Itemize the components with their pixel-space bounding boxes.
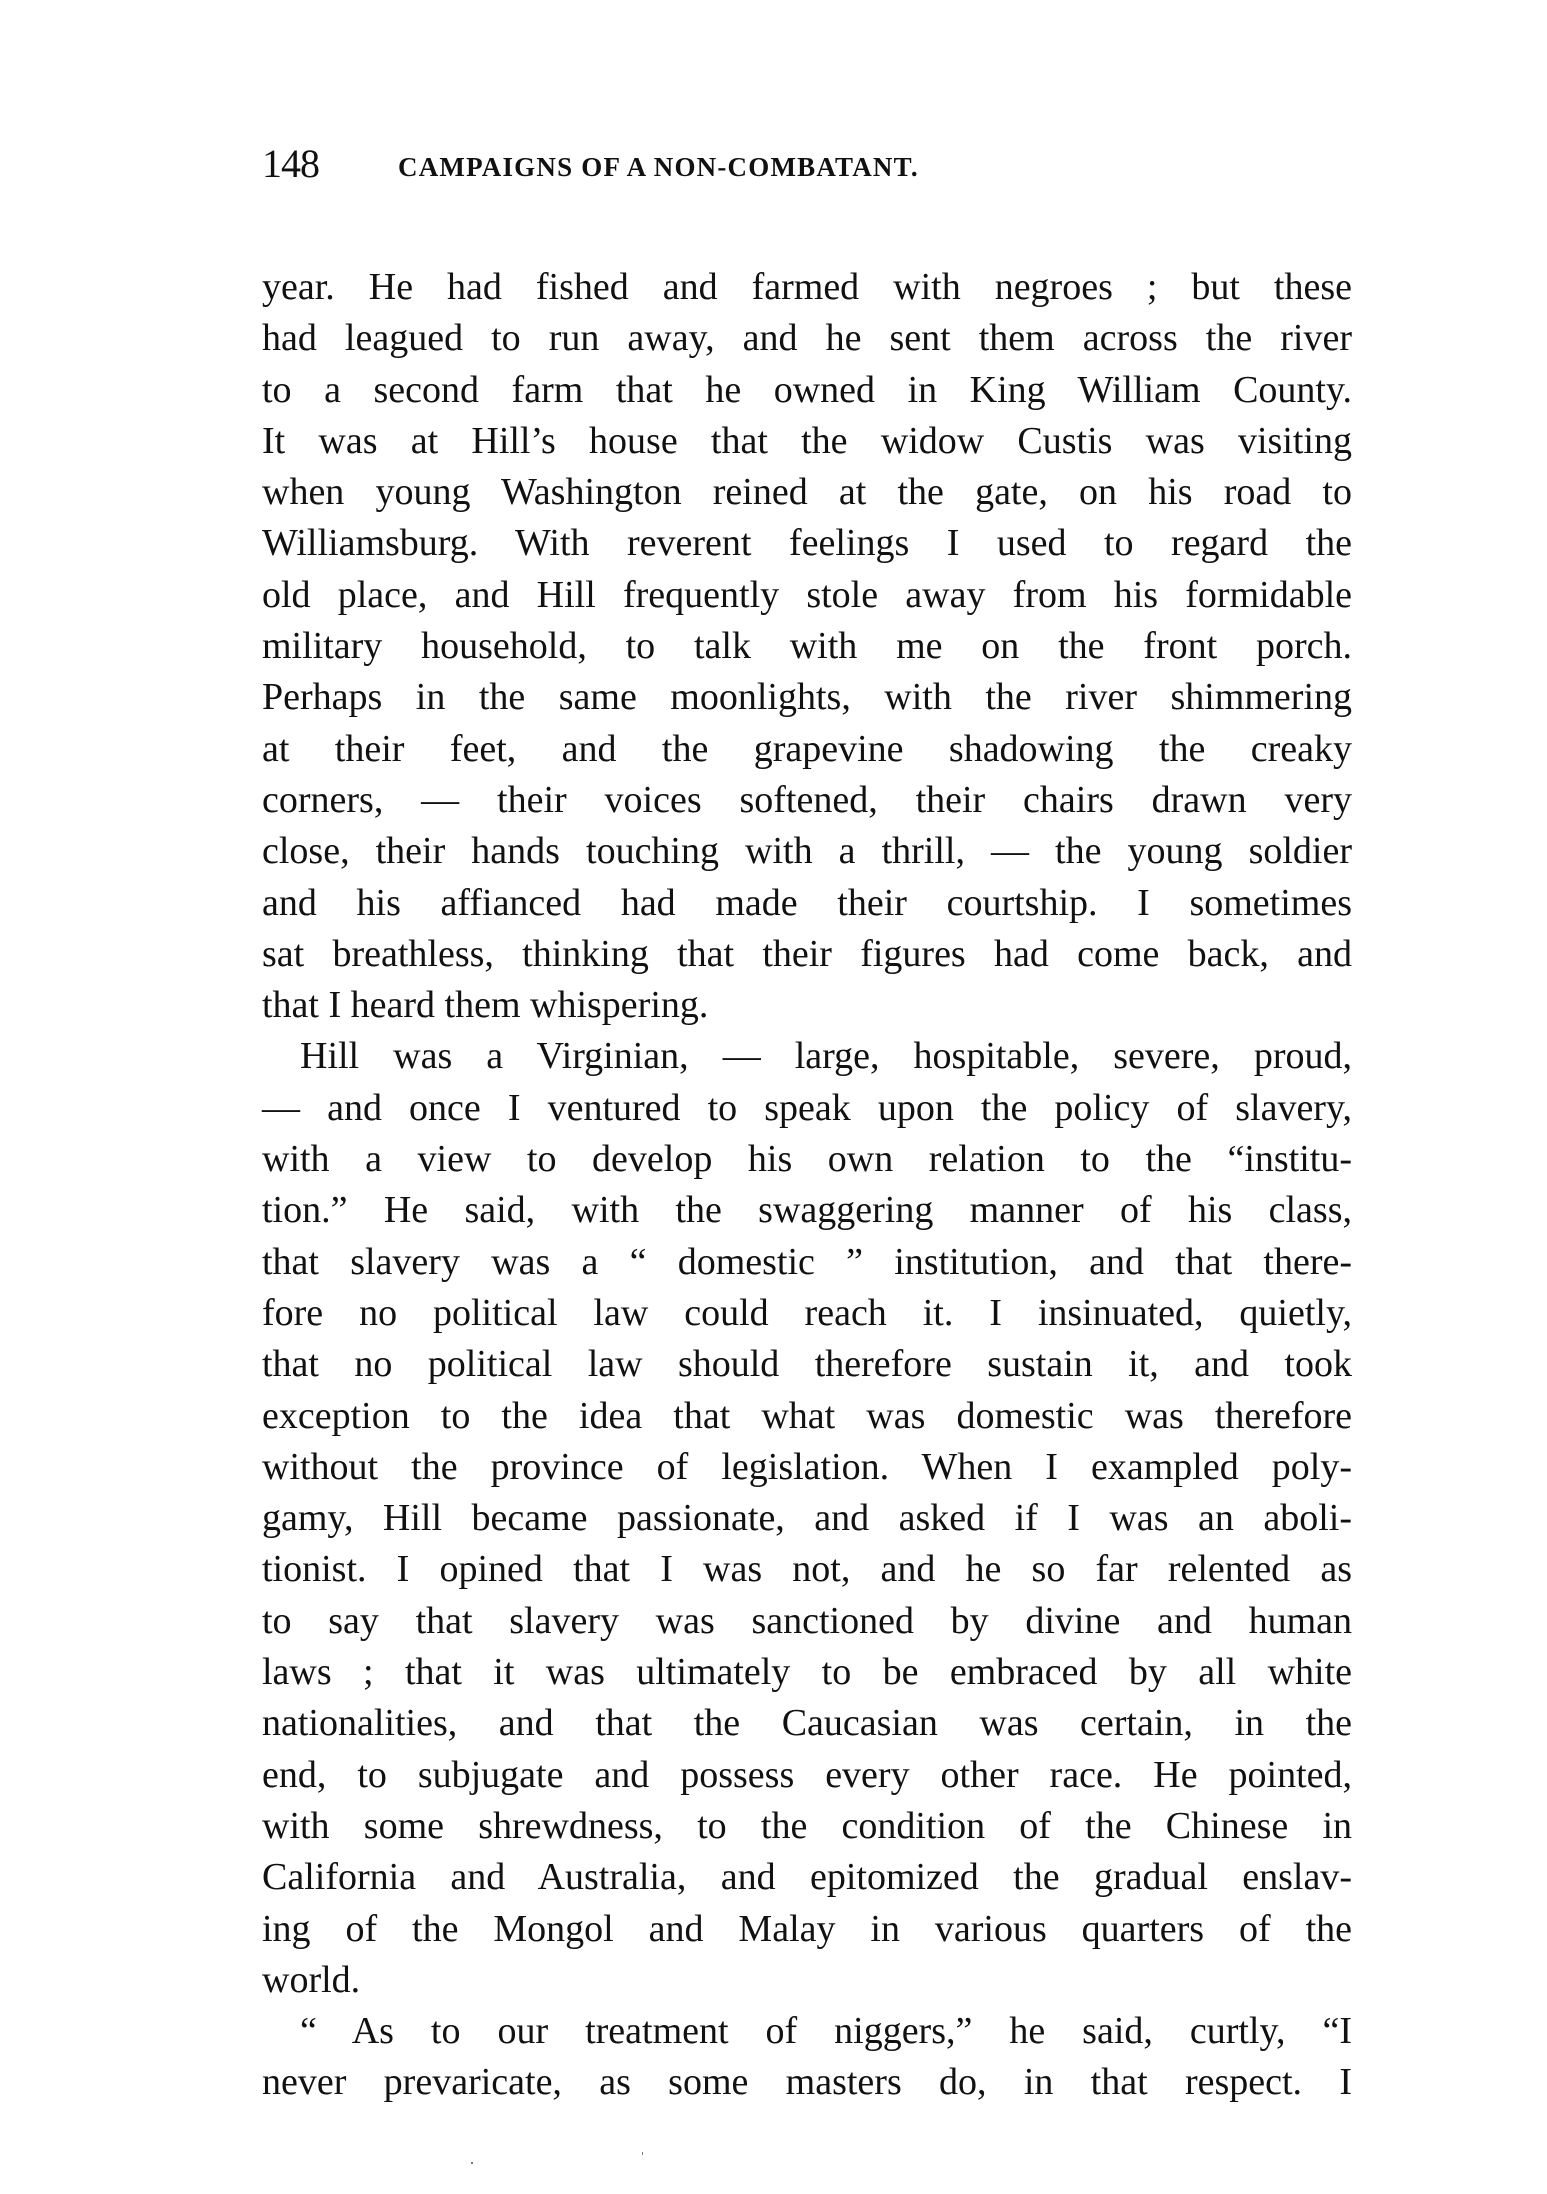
text-line: laws ; that it was ultimately to be embr…	[262, 1647, 1352, 1698]
text-line: Perhaps in the same moonlights, with the…	[262, 672, 1352, 723]
text-line: tionist. I opined that I was not, and he…	[262, 1544, 1352, 1595]
text-line: that I heard them whispering.	[262, 980, 1352, 1031]
text-line: sat breathless, thinking that their figu…	[262, 929, 1352, 980]
text-line: world.	[262, 1955, 1352, 2006]
text-line: that slavery was a “ domestic ” institut…	[262, 1237, 1352, 1288]
body-text: year. He had fished and farmed with negr…	[262, 262, 1352, 2109]
text-line: exception to the idea that what was dome…	[262, 1391, 1352, 1442]
text-line: when young Washington reined at the gate…	[262, 467, 1352, 518]
paragraph-1: year. He had fished and farmed with negr…	[262, 262, 1352, 1031]
text-line: at their feet, and the grapevine shadowi…	[262, 724, 1352, 775]
text-line: — and once I ventured to speak upon the …	[262, 1083, 1352, 1134]
text-line: without the province of legislation. Whe…	[262, 1442, 1352, 1493]
text-line: nationalities, and that the Caucasian wa…	[262, 1698, 1352, 1749]
paragraph-3: “ As to our treatment of niggers,” he sa…	[262, 2006, 1352, 2109]
text-line: end, to subjugate and possess every othe…	[262, 1750, 1352, 1801]
text-line: had leagued to run away, and he sent the…	[262, 313, 1352, 364]
text-line: year. He had fished and farmed with negr…	[262, 262, 1352, 313]
text-line: old place, and Hill frequently stole awa…	[262, 570, 1352, 621]
text-line: that no political law should therefore s…	[262, 1339, 1352, 1390]
running-head: 148 CAMPAIGNS OF A NON-COMBATANT.	[262, 136, 1352, 192]
text-line: Williamsburg. With reverent feelings I u…	[262, 518, 1352, 569]
text-line: to a second farm that he owned in King W…	[262, 365, 1352, 416]
text-line: Hill was a Virginian, — large, hospitabl…	[262, 1031, 1352, 1082]
text-line: never prevaricate, as some masters do, i…	[262, 2057, 1352, 2108]
text-line: corners, — their voices softened, their …	[262, 775, 1352, 826]
text-line: tion.” He said, with the swaggering mann…	[262, 1185, 1352, 1236]
text-line: “ As to our treatment of niggers,” he sa…	[262, 2006, 1352, 2057]
text-line: It was at Hill’s house that the widow Cu…	[262, 416, 1352, 467]
text-line: to say that slavery was sanctioned by di…	[262, 1596, 1352, 1647]
text-line: ing of the Mongol and Malay in various q…	[262, 1904, 1352, 1955]
text-line: close, their hands touching with a thril…	[262, 826, 1352, 877]
text-line: fore no political law could reach it. I …	[262, 1288, 1352, 1339]
running-title: CAMPAIGNS OF A NON-COMBATANT.	[398, 142, 919, 192]
book-page: 148 CAMPAIGNS OF A NON-COMBATANT. year. …	[0, 0, 1547, 2194]
text-line: military household, to talk with me on t…	[262, 621, 1352, 672]
paragraph-2: Hill was a Virginian, — large, hospitabl…	[262, 1031, 1352, 2006]
text-line: and his affianced had made their courtsh…	[262, 878, 1352, 929]
text-line: with a view to develop his own relation …	[262, 1134, 1352, 1185]
text-line: gamy, Hill became passionate, and asked …	[262, 1493, 1352, 1544]
text-line: California and Australia, and epitomized…	[262, 1852, 1352, 1903]
page-number: 148	[262, 136, 319, 192]
scan-speck	[642, 2152, 643, 2155]
scan-speck	[471, 2162, 473, 2164]
text-line: with some shrewdness, to the condition o…	[262, 1801, 1352, 1852]
